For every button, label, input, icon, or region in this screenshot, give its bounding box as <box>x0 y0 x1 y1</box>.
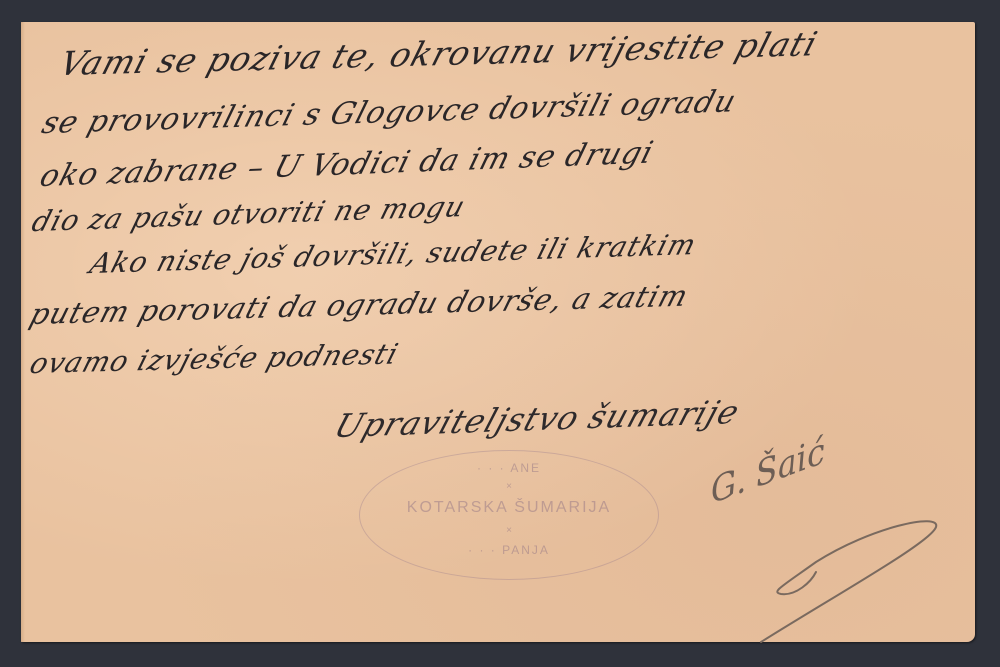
stamp-star-icon: × <box>360 481 658 492</box>
postcard: Vami se poziva te, okrovanu vrijestite p… <box>21 22 975 642</box>
stamp-bottom-text: · · · PANJA <box>360 543 658 557</box>
office-stamp: · · · ANE × KOTARSKA ŠUMARIJA × · · · PA… <box>359 450 659 580</box>
letter-line-2: se provovrilinci s Glogovce dovršili ogr… <box>38 84 741 141</box>
stamp-star-icon: × <box>360 525 658 536</box>
signature-flourish-icon <box>721 482 981 652</box>
letter-line-5: Ako niste još dovršili, sudete ili kratk… <box>86 228 700 280</box>
letter-line-7: ovamo izvješće podnesti <box>26 337 403 380</box>
letter-line-1: Vami se poziva te, okrovanu vrijestite p… <box>55 24 822 83</box>
stamp-middle-text: KOTARSKA ŠUMARIJA <box>360 499 658 517</box>
stamp-top-text: · · · ANE <box>360 461 658 475</box>
letter-line-3: oko zabrane – U Vodici da im se drugi <box>36 135 658 194</box>
letter-line-6: putem porovati da ogradu dovrše, a zatim <box>26 279 693 332</box>
letter-closing: Upraviteljstvo šumarije <box>330 393 745 446</box>
card-edge <box>21 22 25 642</box>
letter-line-4: dio za pašu otvoriti ne mogu <box>28 190 469 238</box>
